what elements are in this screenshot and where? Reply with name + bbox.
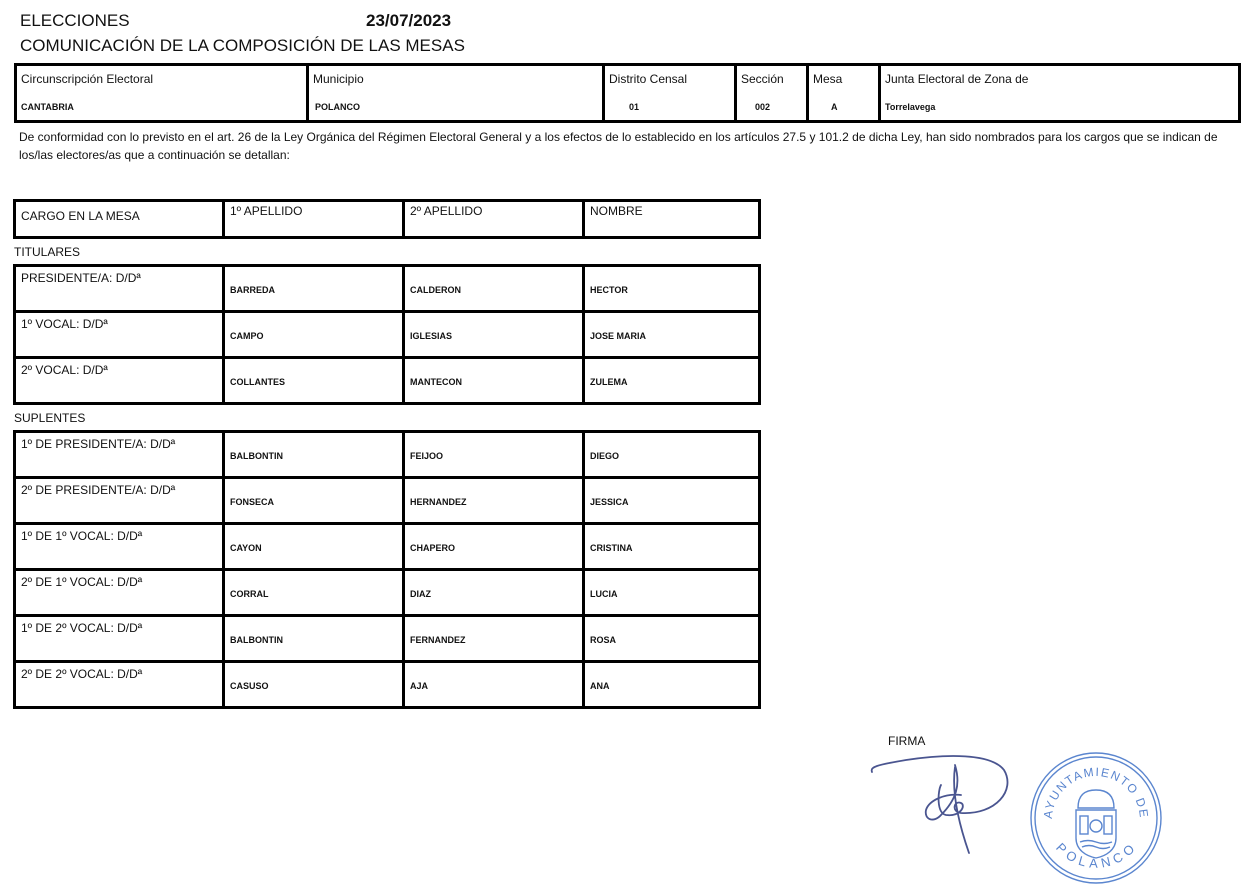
cargo-text: 2º DE PRESIDENTE/A: D/Dª xyxy=(21,483,175,497)
apellido1-text: BALBONTIN xyxy=(230,451,283,461)
nombre-text: CRISTINA xyxy=(590,543,633,553)
nombre-text: ROSA xyxy=(590,635,616,645)
apellido1-text: FONSECA xyxy=(230,497,274,507)
suplentes-heading: SUPLENTES xyxy=(14,411,85,425)
apellido1-cell: CAMPO xyxy=(222,313,402,356)
apellido1-cell: COLLANTES xyxy=(222,359,402,402)
apellido1-text: CAYON xyxy=(230,543,262,553)
table-row: 1º VOCAL: D/DªCAMPOIGLESIASJOSE MARIA xyxy=(13,310,761,356)
cargo-text: 1º VOCAL: D/Dª xyxy=(21,317,108,331)
apellido2-cell: HERNANDEZ xyxy=(402,479,582,522)
cargo-cell: 1º DE 1º VOCAL: D/Dª xyxy=(16,525,222,568)
electoral-info-table: Circunscripción Electoral CANTABRIA Muni… xyxy=(14,63,1241,123)
table-row: 2º DE 2º VOCAL: D/DªCASUSOAJAANA xyxy=(13,660,761,709)
cargo-text: 2º VOCAL: D/Dª xyxy=(21,363,108,377)
circunscripcion-value: CANTABRIA xyxy=(21,102,74,112)
apellido2-text: DIAZ xyxy=(410,589,431,599)
nombre-text: JOSE MARIA xyxy=(590,331,646,341)
apellido1-text: COLLANTES xyxy=(230,377,285,387)
document-title: ELECCIONES xyxy=(20,11,130,31)
apellido2-text: IGLESIAS xyxy=(410,331,452,341)
apellido2-text: HERNANDEZ xyxy=(410,497,467,507)
table-row: 1º DE 1º VOCAL: D/DªCAYONCHAPEROCRISTINA xyxy=(13,522,761,568)
apellido1-text: CAMPO xyxy=(230,331,264,341)
nombre-text: HECTOR xyxy=(590,285,628,295)
nombre-cell: ANA xyxy=(582,663,758,706)
junta-cell: Junta Electoral de Zona de Torrelavega xyxy=(878,66,1238,120)
cargo-cell: 2º DE PRESIDENTE/A: D/Dª xyxy=(16,479,222,522)
suplentes-table: 1º DE PRESIDENTE/A: D/DªBALBONTINFEIJOOD… xyxy=(13,430,761,709)
titulares-table: PRESIDENTE/A: D/DªBARREDACALDERONHECTOR1… xyxy=(13,264,761,405)
cargo-cell: 2º DE 1º VOCAL: D/Dª xyxy=(16,571,222,614)
nombre-text: ANA xyxy=(590,681,610,691)
table-row: 2º DE PRESIDENTE/A: D/DªFONSECAHERNANDEZ… xyxy=(13,476,761,522)
stamp-top-text: AYUNTAMIENTO DE xyxy=(1041,765,1151,820)
apellido2-cell: CALDERON xyxy=(402,267,582,310)
col-cargo: CARGO EN LA MESA xyxy=(21,209,140,223)
apellido1-text: CASUSO xyxy=(230,681,269,691)
stamp-bottom-text: POLANCO xyxy=(1053,840,1139,871)
col-apellido2: 2º APELLIDO xyxy=(410,204,482,218)
apellido2-text: CHAPERO xyxy=(410,543,455,553)
cargo-text: 2º DE 1º VOCAL: D/Dª xyxy=(21,575,142,589)
cargo-cell: 1º DE 2º VOCAL: D/Dª xyxy=(16,617,222,660)
seccion-value: 002 xyxy=(755,102,770,112)
apellido2-cell: FERNANDEZ xyxy=(402,617,582,660)
titulares-heading: TITULARES xyxy=(14,245,80,259)
header-row: CARGO EN LA MESA 1º APELLIDO 2º APELLIDO… xyxy=(13,199,761,239)
nombre-cell: DIEGO xyxy=(582,433,758,476)
nombre-cell: ZULEMA xyxy=(582,359,758,402)
apellido2-cell: MANTECON xyxy=(402,359,582,402)
table-row: 2º VOCAL: D/DªCOLLANTESMANTECONZULEMA xyxy=(13,356,761,405)
apellido1-text: BALBONTIN xyxy=(230,635,283,645)
table-row: 1º DE PRESIDENTE/A: D/DªBALBONTINFEIJOOD… xyxy=(13,430,761,476)
apellido1-cell: FONSECA xyxy=(222,479,402,522)
cargo-cell: 2º VOCAL: D/Dª xyxy=(16,359,222,402)
cargo-text: 2º DE 2º VOCAL: D/Dª xyxy=(21,667,142,681)
apellido2-text: MANTECON xyxy=(410,377,462,387)
apellido1-cell: CAYON xyxy=(222,525,402,568)
column-header-table: CARGO EN LA MESA 1º APELLIDO 2º APELLIDO… xyxy=(13,199,761,239)
municipio-label: Municipio xyxy=(313,72,364,86)
apellido2-cell: CHAPERO xyxy=(402,525,582,568)
document-subtitle: COMUNICACIÓN DE LA COMPOSICIÓN DE LAS ME… xyxy=(20,36,465,56)
legal-paragraph: De conformidad con lo previsto en el art… xyxy=(19,128,1219,164)
municipio-cell: Municipio POLANCO xyxy=(306,66,602,120)
apellido1-cell: BALBONTIN xyxy=(222,617,402,660)
nombre-cell: JOSE MARIA xyxy=(582,313,758,356)
distrito-label: Distrito Censal xyxy=(609,72,687,86)
junta-label: Junta Electoral de Zona de xyxy=(885,72,1028,86)
seccion-label: Sección xyxy=(741,72,784,86)
circunscripcion-cell: Circunscripción Electoral CANTABRIA xyxy=(17,66,306,120)
apellido1-cell: BARREDA xyxy=(222,267,402,310)
col-nombre: NOMBRE xyxy=(590,204,643,218)
cargo-cell: 2º DE 2º VOCAL: D/Dª xyxy=(16,663,222,706)
apellido1-cell: BALBONTIN xyxy=(222,433,402,476)
municipio-value: POLANCO xyxy=(315,102,360,112)
apellido1-cell: CORRAL xyxy=(222,571,402,614)
apellido2-text: FERNANDEZ xyxy=(410,635,466,645)
nombre-text: ZULEMA xyxy=(590,377,628,387)
handwritten-signature xyxy=(866,745,1016,860)
apellido2-text: AJA xyxy=(410,681,428,691)
cargo-cell: 1º VOCAL: D/Dª xyxy=(16,313,222,356)
apellido2-text: FEIJOO xyxy=(410,451,443,461)
nombre-cell: LUCIA xyxy=(582,571,758,614)
apellido1-cell: CASUSO xyxy=(222,663,402,706)
nombre-text: LUCIA xyxy=(590,589,618,599)
cargo-text: 1º DE 2º VOCAL: D/Dª xyxy=(21,621,142,635)
junta-value: Torrelavega xyxy=(885,102,935,112)
nombre-text: JESSICA xyxy=(590,497,629,507)
municipal-seal-stamp: AYUNTAMIENTO DE POLANCO xyxy=(1028,750,1164,886)
mesa-value: A xyxy=(831,102,838,112)
mesa-cell: Mesa A xyxy=(806,66,878,120)
nombre-cell: CRISTINA xyxy=(582,525,758,568)
cargo-cell: PRESIDENTE/A: D/Dª xyxy=(16,267,222,310)
apellido2-cell: DIAZ xyxy=(402,571,582,614)
nombre-cell: JESSICA xyxy=(582,479,758,522)
mesa-label: Mesa xyxy=(813,72,842,86)
cargo-text: PRESIDENTE/A: D/Dª xyxy=(21,271,141,285)
nombre-cell: ROSA xyxy=(582,617,758,660)
nombre-text: DIEGO xyxy=(590,451,619,461)
apellido2-text: CALDERON xyxy=(410,285,461,295)
seccion-cell: Sección 002 xyxy=(734,66,806,120)
table-row: 2º DE 1º VOCAL: D/DªCORRALDIAZLUCIA xyxy=(13,568,761,614)
distrito-value: 01 xyxy=(629,102,639,112)
apellido2-cell: IGLESIAS xyxy=(402,313,582,356)
apellido2-cell: FEIJOO xyxy=(402,433,582,476)
apellido2-cell: AJA xyxy=(402,663,582,706)
cargo-text: 1º DE PRESIDENTE/A: D/Dª xyxy=(21,437,175,451)
apellido1-text: BARREDA xyxy=(230,285,275,295)
table-row: PRESIDENTE/A: D/DªBARREDACALDERONHECTOR xyxy=(13,264,761,310)
nombre-cell: HECTOR xyxy=(582,267,758,310)
circunscripcion-label: Circunscripción Electoral xyxy=(21,72,153,86)
cargo-cell: 1º DE PRESIDENTE/A: D/Dª xyxy=(16,433,222,476)
election-date: 23/07/2023 xyxy=(366,11,451,31)
col-apellido1: 1º APELLIDO xyxy=(230,204,302,218)
distrito-cell: Distrito Censal 01 xyxy=(602,66,734,120)
apellido1-text: CORRAL xyxy=(230,589,269,599)
cargo-text: 1º DE 1º VOCAL: D/Dª xyxy=(21,529,142,543)
table-row: 1º DE 2º VOCAL: D/DªBALBONTINFERNANDEZRO… xyxy=(13,614,761,660)
